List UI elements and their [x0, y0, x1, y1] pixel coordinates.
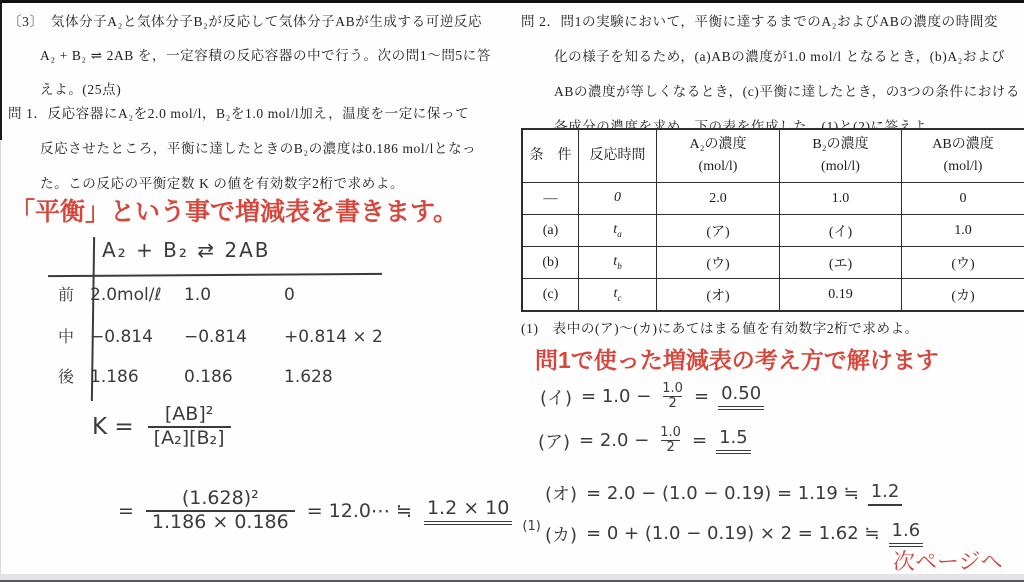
ice-a2-value: 1.186: [90, 367, 184, 387]
work-fraction: 1.0 2: [662, 382, 683, 412]
red-annotation-q1: 「平衡」という事で増減表を書きます。: [10, 192, 458, 228]
table-cell-ab: (カ): [902, 278, 1024, 310]
work-expression: = 2.0 −: [579, 430, 649, 451]
table-cell-time: tb: [579, 246, 657, 278]
handwritten-ice-table: A₂ + B₂ ⇄ 2AB 前 2.0mol/ℓ 1.0 0 中 −0.814 …: [42, 236, 387, 406]
answer-number-mark: (1): [522, 519, 540, 534]
question1-line-2: 反応させたところ，平衡に達したときのB₂の濃度は0.186 mol/lとなっ: [40, 137, 476, 157]
work-fraction-denominator: 2: [661, 440, 679, 455]
a2-value: (ア): [706, 221, 729, 241]
header-reaction-time: 反応時間: [579, 130, 657, 182]
question2-line-1: 問 2．問1の実験において，平衡に達するまでのA₂およびABの濃度の時間変: [521, 10, 998, 30]
table-cell-b2: (イ): [780, 214, 902, 246]
header-a2-line1: A₂の濃度: [690, 134, 747, 156]
table-cell-a2: 2.0: [657, 182, 780, 214]
work-expression: = 2.0 − (1.0 − 0.19) = 1.19 ≒: [586, 483, 859, 504]
header-condition: 条 件: [523, 130, 579, 182]
table-cell-ab: 0: [902, 182, 1024, 214]
ice-ab-value: 1.628: [284, 367, 333, 387]
ice-ab-value: 0: [284, 285, 295, 305]
page-left-edge: [0, 0, 2, 140]
k-denominator: [A₂][B₂]: [148, 426, 231, 450]
work-fraction-numerator: 1.0: [662, 382, 683, 396]
ice-reaction-header: A₂ + B₂ ⇄ 2AB: [102, 238, 271, 262]
k-formula-evaluation: = (1.628)² 1.186 × 0.186 = 12.0⋯ ≒ 1.2 ×…: [118, 488, 541, 534]
k-fraction: [AB]² [A₂][B₂]: [148, 404, 231, 450]
problem3-line-2: A₂ + B₂ ⇌ 2AB を，一定容積の反応容器の中で行う。次の問1～問5に答: [40, 44, 491, 64]
ab-value: 1.0: [954, 223, 972, 239]
table-cell-time: tc: [579, 278, 657, 310]
table-cell-time: ta: [579, 214, 657, 246]
b2-value: 1.0: [832, 191, 850, 207]
table-cell-b2: (エ): [780, 246, 902, 278]
table-cell-ab: (ウ): [902, 246, 1024, 278]
red-annotation-q2: 問1で使った増減表の考え方で解けます: [535, 342, 939, 375]
work-answer: 1.6: [889, 520, 924, 547]
b2-value: (エ): [829, 253, 852, 273]
header-b2-line1: B₂の濃度: [812, 134, 868, 156]
table-cell-a2: (オ): [657, 278, 780, 310]
table-cell-cond: (b): [523, 246, 579, 278]
a2-value: (オ): [706, 285, 729, 305]
ab-value: 0: [960, 191, 967, 207]
work-label: (ア): [538, 428, 570, 454]
cond-value: (c): [543, 287, 559, 303]
ab-value: (カ): [951, 285, 974, 305]
work-answer: 0.50: [718, 383, 764, 410]
k-numeric-fraction: (1.628)² 1.186 × 0.186: [146, 488, 295, 534]
page-left-edge-faint: [0, 140, 1, 574]
equals-sign: =: [118, 500, 134, 522]
k-equals: K =: [92, 414, 134, 440]
cond-value: (a): [543, 223, 559, 239]
concentration-table: 条 件 反応時間 A₂の濃度 (mol/l) B₂の濃度 (mol/l) ABの…: [521, 128, 1024, 312]
header-ab-unit: (mol/l): [944, 156, 983, 178]
subquestion-1: (1) 表中の(ア)～(カ)にあてはまる値を有効数字2桁で求めよ。: [521, 317, 919, 337]
time-subscript: a: [617, 229, 622, 239]
header-a2-concentration: A₂の濃度 (mol/l): [657, 130, 780, 182]
ice-row-label: 前: [42, 282, 90, 305]
work-expression: = 0 + (1.0 − 0.19) × 2 = 1.62 ≒: [586, 523, 879, 544]
table-cell-cond: (c): [523, 278, 579, 310]
work-label: (イ): [540, 384, 572, 410]
ice-row-label: 中: [42, 324, 90, 347]
time-base: 0: [614, 190, 621, 205]
k-numeric-denominator: 1.186 × 0.186: [146, 510, 295, 534]
table-cell-b2: 0.19: [780, 278, 902, 310]
ice-b2-value: 0.186: [184, 367, 284, 387]
work-label: (カ): [545, 521, 577, 547]
ice-row-label: 後: [42, 364, 90, 387]
question2-line-3: ABの濃度が等しくなるとき，(c)平衡に達したとき，の3つの条件における: [554, 80, 1020, 100]
ice-a2-value: 2.0mol/ℓ: [90, 285, 184, 305]
work-expression: = 1.0 −: [581, 386, 651, 407]
ice-a2-value: −0.814: [90, 327, 184, 347]
cond-value: —: [544, 191, 558, 207]
table-cell-b2: 1.0: [780, 182, 902, 214]
problem3-line-1: 〔3〕 気体分子A₂と気体分子B₂が反応して気体分子ABが生成する可逆反応: [8, 10, 482, 30]
k-formula-definition: K = [AB]² [A₂][B₂]: [92, 404, 231, 450]
equals-sign: =: [692, 430, 707, 451]
header-ab-concentration: ABの濃度 (mol/l): [902, 130, 1024, 182]
next-page-note: 次ページへ: [893, 545, 1003, 576]
header-a2-unit: (mol/l): [699, 156, 738, 178]
time-subscript: b: [617, 261, 622, 271]
k-result-text: = 12.0⋯ ≒: [307, 500, 412, 522]
work-fraction: 1.0 2: [660, 426, 681, 456]
table-cell-a2: (ウ): [657, 246, 780, 278]
ice-row-before: 前 2.0mol/ℓ 1.0 0: [42, 282, 295, 305]
table-cell-ab: 1.0: [902, 214, 1024, 246]
work-line-o: (オ) = 2.0 − (1.0 − 0.19) = 1.19 ≒ 1.2: [545, 480, 902, 506]
header-ab-line1: ABの濃度: [932, 134, 993, 156]
table-cell-a2: (ア): [657, 214, 780, 246]
ice-ab-value: +0.814 × 2: [284, 327, 383, 347]
k-final-answer: 1.2 × 10: [424, 497, 512, 525]
question1-line-3: た。この反応の平衡定数 K の値を有効数字2桁で求めよ。: [40, 172, 404, 192]
k-numerator: [AB]²: [159, 404, 219, 426]
page-top-edge: [0, 0, 1024, 3]
equals-sign: =: [694, 386, 709, 407]
header-b2-concentration: B₂の濃度 (mol/l): [780, 130, 902, 182]
table-cell-cond: (a): [523, 214, 579, 246]
time-subscript: c: [617, 293, 621, 303]
header-reaction-time-label: 反応時間: [590, 145, 646, 167]
b2-value: (イ): [829, 221, 852, 241]
work-line-i: (イ) = 1.0 − 1.0 2 = 0.50: [540, 382, 764, 412]
question2-line-2: 化の様子を知るため，(a)ABの濃度が1.0 mol/l となるとき，(b)A₂…: [554, 45, 1005, 65]
ice-b2-value: 1.0: [184, 285, 284, 305]
workbook-page: 〔3〕 気体分子A₂と気体分子B₂が反応して気体分子ABが生成する可逆反応 A₂…: [0, 0, 1024, 582]
a2-value: 2.0: [709, 191, 727, 207]
ice-row-after: 後 1.186 0.186 1.628: [42, 364, 333, 387]
question1-line-1: 問 1．反応容器にA₂を2.0 mol/l，B₂を1.0 mol/l加え，温度を…: [8, 102, 469, 122]
b2-value: 0.19: [828, 287, 853, 303]
header-condition-label: 条 件: [530, 145, 572, 167]
work-label: (オ): [545, 480, 577, 506]
ab-value: (ウ): [951, 253, 974, 273]
work-fraction-numerator: 1.0: [660, 426, 681, 440]
cond-value: (b): [542, 255, 558, 271]
work-answer: 1.2: [868, 481, 903, 506]
ice-horizontal-rule: [48, 273, 382, 277]
work-answer: 1.5: [716, 427, 751, 454]
work-line-ka: (カ) = 0 + (1.0 − 0.19) × 2 = 1.62 ≒ 1.6: [545, 520, 923, 547]
work-fraction-denominator: 2: [663, 396, 681, 411]
problem3-line-3: えよ。(25点): [40, 78, 121, 98]
table-cell-cond: —: [523, 182, 579, 214]
work-line-a: (ア) = 2.0 − 1.0 2 = 1.5: [538, 426, 751, 456]
header-b2-unit: (mol/l): [821, 156, 860, 178]
ice-row-change: 中 −0.814 −0.814 +0.814 × 2: [42, 324, 383, 347]
k-numeric-numerator: (1.628)²: [176, 488, 265, 510]
a2-value: (ウ): [706, 253, 729, 273]
table-cell-time: 0: [579, 182, 657, 214]
ice-b2-value: −0.814: [184, 327, 284, 347]
